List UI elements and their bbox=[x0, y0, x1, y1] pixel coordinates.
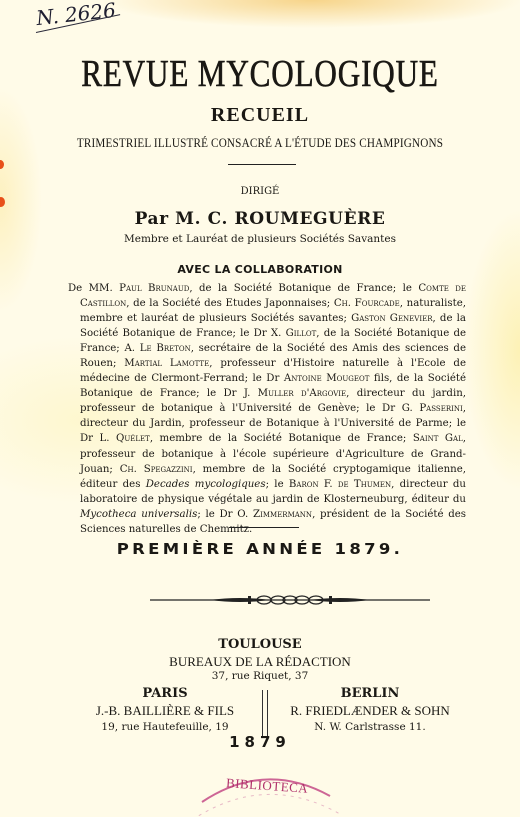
collaborator-name: Gaston Genevier bbox=[351, 313, 432, 324]
collaboration-heading: AVEC LA COLLABORATION bbox=[0, 263, 520, 276]
collaborators-paragraph: De MM. Paul Brunaud, de la Société Botan… bbox=[68, 281, 466, 537]
collaborator-name: Baron F. de Thumen bbox=[289, 479, 391, 490]
collaborator-name: Gillot bbox=[286, 328, 317, 339]
publication-title: Mycotheca universalis bbox=[80, 509, 197, 520]
journal-tagline: TRIMESTRIEL ILLUSTRÉ CONSACRÉ A L'ÉTUDE … bbox=[36, 135, 483, 151]
ornamental-rule-icon bbox=[150, 593, 430, 607]
divider-rule bbox=[229, 527, 299, 528]
paragraph-text: , de la Société des Etudes Japonnaises; bbox=[126, 298, 334, 309]
toulouse-address: 37, rue Riquet, 37 bbox=[0, 670, 520, 682]
publication-year: 1879 bbox=[0, 733, 520, 751]
collaborator-name: Antoine Mougeot bbox=[284, 373, 370, 384]
collaborator-name: Zimmermann bbox=[253, 509, 312, 520]
collaborator-name: Muller d'Argovie bbox=[258, 388, 347, 399]
editorial-office: BUREAUX DE LA RÉDACTION bbox=[0, 654, 520, 670]
collaborator-name: Ch. Spegazzini bbox=[120, 464, 193, 475]
title-page: N. 2626 REVUE MYCOLOGIQUE RECUEIL TRIMES… bbox=[0, 0, 520, 817]
edition-year: PREMIÈRE ANNÉE 1879. bbox=[0, 540, 520, 558]
berlin-address: N. W. Carlstrasse 11. bbox=[270, 721, 470, 733]
paragraph-text: ; le bbox=[266, 479, 289, 490]
director-name: Par M. C. ROUMEGUÈRE bbox=[0, 209, 520, 229]
paragraph-text: De MM. bbox=[68, 283, 119, 294]
city-toulouse: TOULOUSE bbox=[0, 637, 520, 652]
journal-subtitle: RECUEIL bbox=[0, 104, 520, 127]
handwritten-shelfmark: N. 2626 bbox=[35, 0, 117, 30]
journal-title: REVUE MYCOLOGIQUE bbox=[47, 52, 473, 96]
double-vertical-rule bbox=[262, 690, 268, 738]
paris-publisher: J.-B. BAILLIÈRE & FILS bbox=[70, 703, 260, 719]
director-title: Membre et Lauréat de plusieurs Sociétés … bbox=[0, 233, 520, 245]
berlin-imprint: BERLIN R. FRIEDLÆNDER & SOHN N. W. Carls… bbox=[270, 686, 470, 733]
direction-label: DIRIGÉ bbox=[0, 186, 520, 197]
city-berlin: BERLIN bbox=[270, 686, 470, 701]
collaborator-name: Quélet bbox=[116, 433, 150, 444]
collaborator-name: Passerini bbox=[419, 403, 462, 414]
collaborator-name: Paul Brunaud bbox=[119, 283, 189, 294]
paragraph-text: , de la Société Botanique de France; le bbox=[189, 283, 418, 294]
collaborator-name: Saint Gal bbox=[413, 433, 463, 444]
city-paris: PARIS bbox=[70, 686, 260, 701]
paragraph-text: ; le Dr O. bbox=[197, 509, 253, 520]
stain bbox=[0, 197, 5, 207]
collaborator-name: Ch. Fourcade bbox=[334, 298, 400, 309]
berlin-publisher: R. FRIEDLÆNDER & SOHN bbox=[270, 703, 470, 719]
collaborator-name: Le Breton bbox=[140, 343, 191, 354]
collaborator-name: Martial Lamotte bbox=[124, 358, 209, 369]
paris-imprint: PARIS J.-B. BAILLIÈRE & FILS 19, rue Hau… bbox=[70, 686, 260, 733]
divider-rule bbox=[228, 164, 296, 165]
paragraph-text: , membre de la Société Botanique de Fran… bbox=[150, 433, 413, 444]
paris-address: 19, rue Hautefeuille, 19 bbox=[70, 721, 260, 733]
publication-title: Decades mycologiques bbox=[146, 479, 266, 490]
stain bbox=[0, 160, 4, 169]
